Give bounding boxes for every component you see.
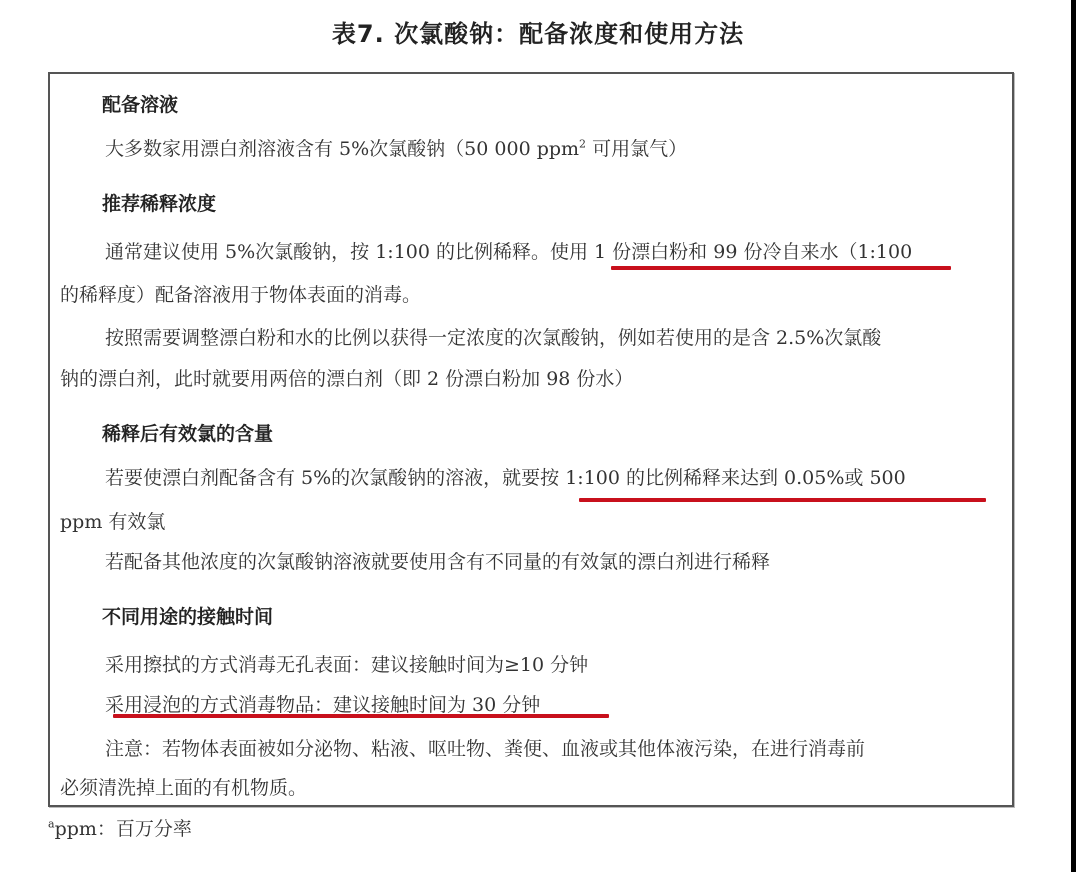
section-heading-prepare-solution: 配备溶液 (102, 90, 178, 117)
paragraph-line: 按照需要调整漂白粉和水的比例以获得一定浓度的次氯酸钠，例如若使用的是含 2.5%… (105, 323, 881, 350)
superscript: 2 (579, 138, 586, 151)
red-underline-3 (113, 714, 609, 718)
table-title: 表7. 次氯酸钠：配备浓度和使用方法 (0, 14, 1076, 49)
paragraph-line: 的稀释度）配备溶液用于物体表面的消毒。 (60, 280, 421, 307)
text-span: 大多数家用漂白剂溶液含有 5%次氯酸钠（50 000 ppm (105, 138, 579, 160)
red-underline-2 (579, 498, 986, 502)
paragraph-line: 若要使漂白剂配备含有 5%的次氯酸钠的溶液，就要按 1:100 的比例稀释来达到… (105, 463, 906, 490)
red-underline-1 (611, 266, 951, 270)
paragraph-line: 通常建议使用 5%次氯酸钠，按 1:100 的比例稀释。使用 1 份漂白粉和 9… (105, 237, 912, 264)
footnote: appm：百万分率 (48, 814, 192, 841)
text-span: 可用氯气） (586, 138, 687, 160)
paragraph-line: 若配备其他浓度的次氯酸钠溶液就要使用含有不同量的有效氯的漂白剂进行稀释 (105, 547, 770, 574)
paragraph-line: 大多数家用漂白剂溶液含有 5%次氯酸钠（50 000 ppm2 可用氯气） (105, 134, 687, 161)
footnote-text: ppm：百万分率 (55, 818, 192, 840)
paragraph-line: 注意：若物体表面被如分泌物、粘液、呕吐物、粪便、血液或其他体液污染，在进行消毒前 (105, 734, 865, 761)
paragraph-line: 采用擦拭的方式消毒无孔表面：建议接触时间为≥10 分钟 (105, 650, 588, 677)
paragraph-line: 采用浸泡的方式消毒物品：建议接触时间为 30 分钟 (105, 690, 540, 717)
section-heading-contact-time: 不同用途的接触时间 (102, 602, 273, 629)
paragraph-line: 钠的漂白剂，此时就要用两倍的漂白剂（即 2 份漂白粉加 98 份水） (60, 364, 633, 391)
paragraph-line: ppm 有效氯 (60, 507, 165, 534)
section-heading-available-chlorine: 稀释后有效氯的含量 (102, 419, 273, 446)
paragraph-line: 必须清洗掉上面的有机物质。 (60, 773, 307, 800)
section-heading-recommended-dilution: 推荐稀释浓度 (102, 189, 216, 216)
edge-strip (1071, 0, 1076, 872)
